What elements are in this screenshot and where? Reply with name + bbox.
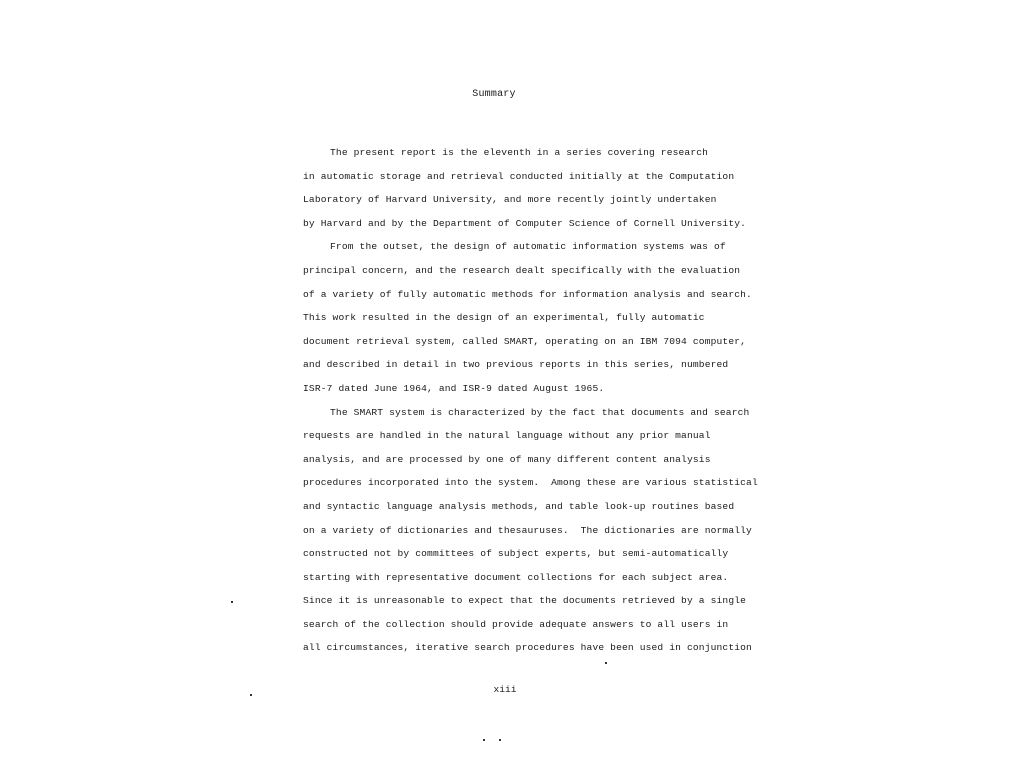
text-line: analysis, and are processed by one of ma… <box>303 453 743 477</box>
text-line: requests are handled in the natural lang… <box>303 429 743 453</box>
text-line: search of the collection should provide … <box>303 618 743 642</box>
text-line: From the outset, the design of automatic… <box>303 240 743 264</box>
scan-speck <box>231 601 233 603</box>
scan-speck <box>483 739 485 741</box>
text-line: of a variety of fully automatic methods … <box>303 288 743 312</box>
scan-speck <box>499 739 501 741</box>
scan-speck <box>250 694 252 696</box>
text-line: and described in detail in two previous … <box>303 358 743 382</box>
text-line: constructed not by committees of subject… <box>303 547 743 571</box>
text-line: all circumstances, iterative search proc… <box>303 641 743 665</box>
text-line: document retrieval system, called SMART,… <box>303 335 743 359</box>
text-line: The SMART system is characterized by the… <box>303 406 743 430</box>
summary-body: The present report is the eleventh in a … <box>303 146 743 665</box>
page-title: Summary <box>0 89 988 100</box>
scan-speck <box>605 662 607 664</box>
text-line: The present report is the eleventh in a … <box>303 146 743 170</box>
text-line: Since it is unreasonable to expect that … <box>303 594 743 618</box>
text-line: on a variety of dictionaries and thesaur… <box>303 524 743 548</box>
text-line: procedures incorporated into the system.… <box>303 476 743 500</box>
text-line: Laboratory of Harvard University, and mo… <box>303 193 743 217</box>
text-line: This work resulted in the design of an e… <box>303 311 743 335</box>
page-number: xiii <box>0 684 1010 695</box>
text-line: ISR-7 dated June 1964, and ISR-9 dated A… <box>303 382 743 406</box>
text-line: and syntactic language analysis methods,… <box>303 500 743 524</box>
text-line: by Harvard and by the Department of Comp… <box>303 217 743 241</box>
text-line: principal concern, and the research deal… <box>303 264 743 288</box>
text-line: starting with representative document co… <box>303 571 743 595</box>
document-page: Summary The present report is the eleven… <box>0 0 1024 768</box>
text-line: in automatic storage and retrieval condu… <box>303 170 743 194</box>
